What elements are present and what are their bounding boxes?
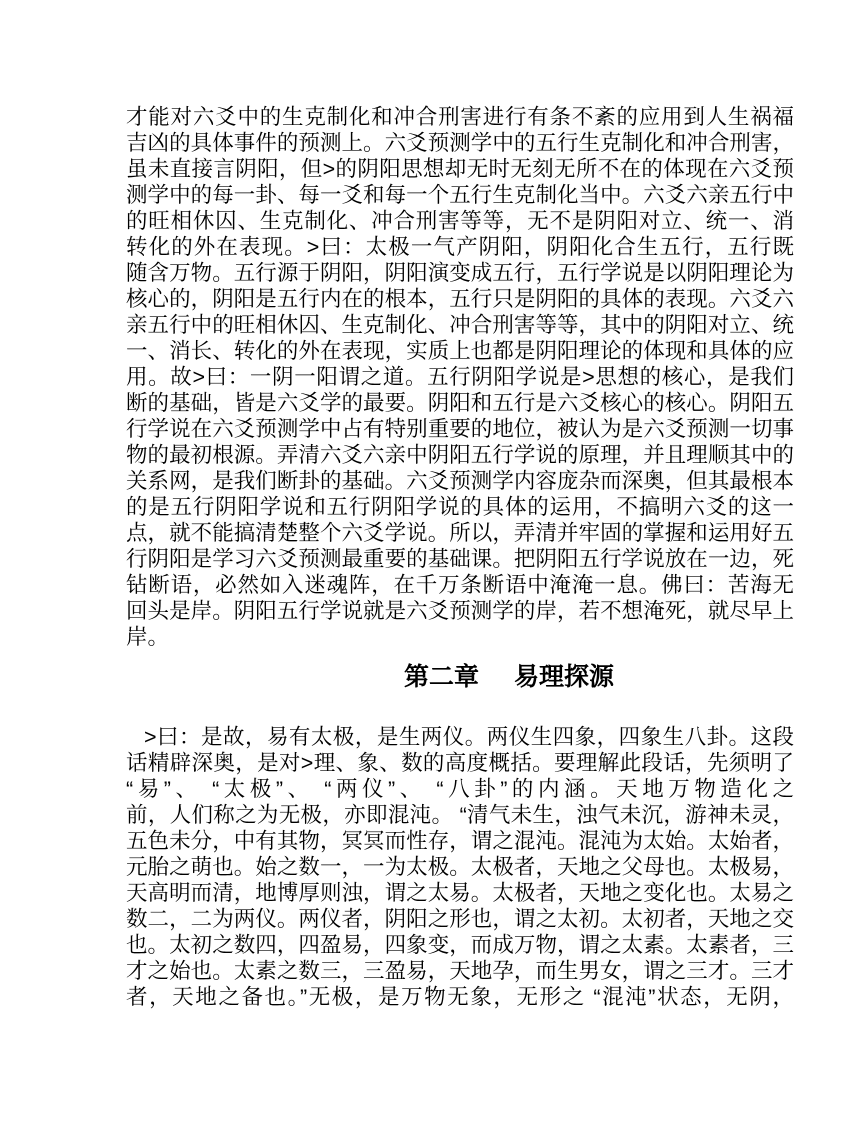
- text-line: 行学说在六爻预测学中占有特别重要的地位，被认为是六爻预测一切事: [126, 416, 794, 442]
- text-line: 点，就不能搞清楚整个六爻学说。所以，弄清并牢固的掌握和运用好五: [126, 520, 794, 546]
- text-line: 钻断语，必然如入迷魂阵，在千万条断语中淹淹一息。佛曰：苦海无边，: [126, 572, 794, 598]
- text-line: 才能对六爻中的生克制化和冲合刑害进行有条不紊的应用到人生祸福: [126, 104, 794, 130]
- text-line: 五色未分，中有其物，冥冥而性存，谓之混沌。混沌为太始。太始者，: [126, 828, 794, 854]
- text-line: “易”、 “太极”、 “两仪”、 “八卦”的内涵。天地万物造化之: [126, 776, 794, 802]
- text-line: 虽未直接言阴阳，但>的阴阳思想却无时无刻无所不在的体现在六爻预: [126, 156, 794, 182]
- text-line: 测学中的每一卦、每一爻和每一个五行生克制化当中。六爻六亲五行中: [126, 182, 794, 208]
- text-line: 者，天地之备也。”无极，是万物无象，无形之 “混沌”状态，无阴，: [126, 984, 794, 1010]
- text-line: 亲五行中的旺相休囚、生克制化、冲合刑害等等，其中的阴阳对立、统: [126, 312, 794, 338]
- text-line: 天高明而清，地博厚则浊，谓之太易。太极者，天地之变化也。太易之: [126, 880, 794, 906]
- text-line: 话精辟深奥，是对>理、象、数的高度概括。要理解此段话，先须明了: [126, 750, 794, 776]
- text-line: 回头是岸。阴阳五行学说就是六爻预测学的岸，若不想淹死，就尽早上: [126, 598, 794, 624]
- text-line: 数二，二为两仪。两仪者，阴阳之形也，谓之太初。太初者，天地之交: [126, 906, 794, 932]
- body-paragraph-2: >曰：是故，易有太极，是生两仪。两仪生四象，四象生八卦。这段 话精辟深奥，是对>…: [126, 724, 794, 1010]
- text-line: 的旺相休囚、生克制化、冲合刑害等等，无不是阴阳对立、统一、消长、: [126, 208, 794, 234]
- chapter-title: 易理探源: [514, 663, 614, 691]
- text-line: 也。太初之数四，四盈易，四象变，而成万物，谓之太素。太素者，三: [126, 932, 794, 958]
- text-line: 行阴阳是学习六爻预测最重要的基础课。把阴阳五行学说放在一边，死: [126, 546, 794, 572]
- text-line: 物的最初根源。弄清六爻六亲中阴阳五行学说的原理，并且理顺其中的: [126, 442, 794, 468]
- text-line: 转化的外在表现。>曰：太极一气产阴阳，阴阳化合生五行，五行既萌，: [126, 234, 794, 260]
- text-column: 才能对六爻中的生克制化和冲合刑害进行有条不紊的应用到人生祸福 吉凶的具体事件的预…: [126, 104, 794, 1010]
- text-line: 核心的，阴阳是五行内在的根本，五行只是阴阳的具体的表现。六爻六: [126, 286, 794, 312]
- text-line: 前，人们称之为无极，亦即混沌。 “清气未生，浊气未沉，游神未灵，: [126, 802, 794, 828]
- document-page: 才能对六爻中的生克制化和冲合刑害进行有条不紊的应用到人生祸福 吉凶的具体事件的预…: [0, 0, 866, 1122]
- body-paragraph-1: 才能对六爻中的生克制化和冲合刑害进行有条不紊的应用到人生祸福 吉凶的具体事件的预…: [126, 104, 794, 650]
- text-line: 用。故>曰：一阴一阳谓之道。五行阴阳学说是>思想的核心，是我们易: [126, 364, 794, 390]
- text-line: 随含万物。五行源于阴阳，阴阳演变成五行，五行学说是以阴阳理论为: [126, 260, 794, 286]
- text-line: 断的基础，皆是六爻学的最要。阴阳和五行是六爻核心的核心。阴阳五: [126, 390, 794, 416]
- text-line: 元胎之萌也。始之数一，一为太极。太极者，天地之父母也。太极易，: [126, 854, 794, 880]
- text-line: 关系网，是我们断卦的基础。六爻预测学内容庞杂而深奥，但其最根本: [126, 468, 794, 494]
- text-line: 一、消长、转化的外在表现，实质上也都是阴阳理论的体现和具体的应: [126, 338, 794, 364]
- chapter-heading: 第二章易理探源: [175, 664, 843, 690]
- text-line: 才之始也。太素之数三，三盈易，天地孕，而生男女，谓之三才。三才: [126, 958, 794, 984]
- chapter-number: 第二章: [404, 663, 479, 691]
- text-line: 的是五行阴阳学说和五行阴阳学说的具体的运用，不搞明六爻的这一: [126, 494, 794, 520]
- text-line: >曰：是故，易有太极，是生两仪。两仪生四象，四象生八卦。这段: [126, 724, 794, 750]
- text-line: 岸。: [126, 624, 794, 650]
- text-line: 吉凶的具体事件的预测上。六爻预测学中的五行生克制化和冲合刑害，: [126, 130, 794, 156]
